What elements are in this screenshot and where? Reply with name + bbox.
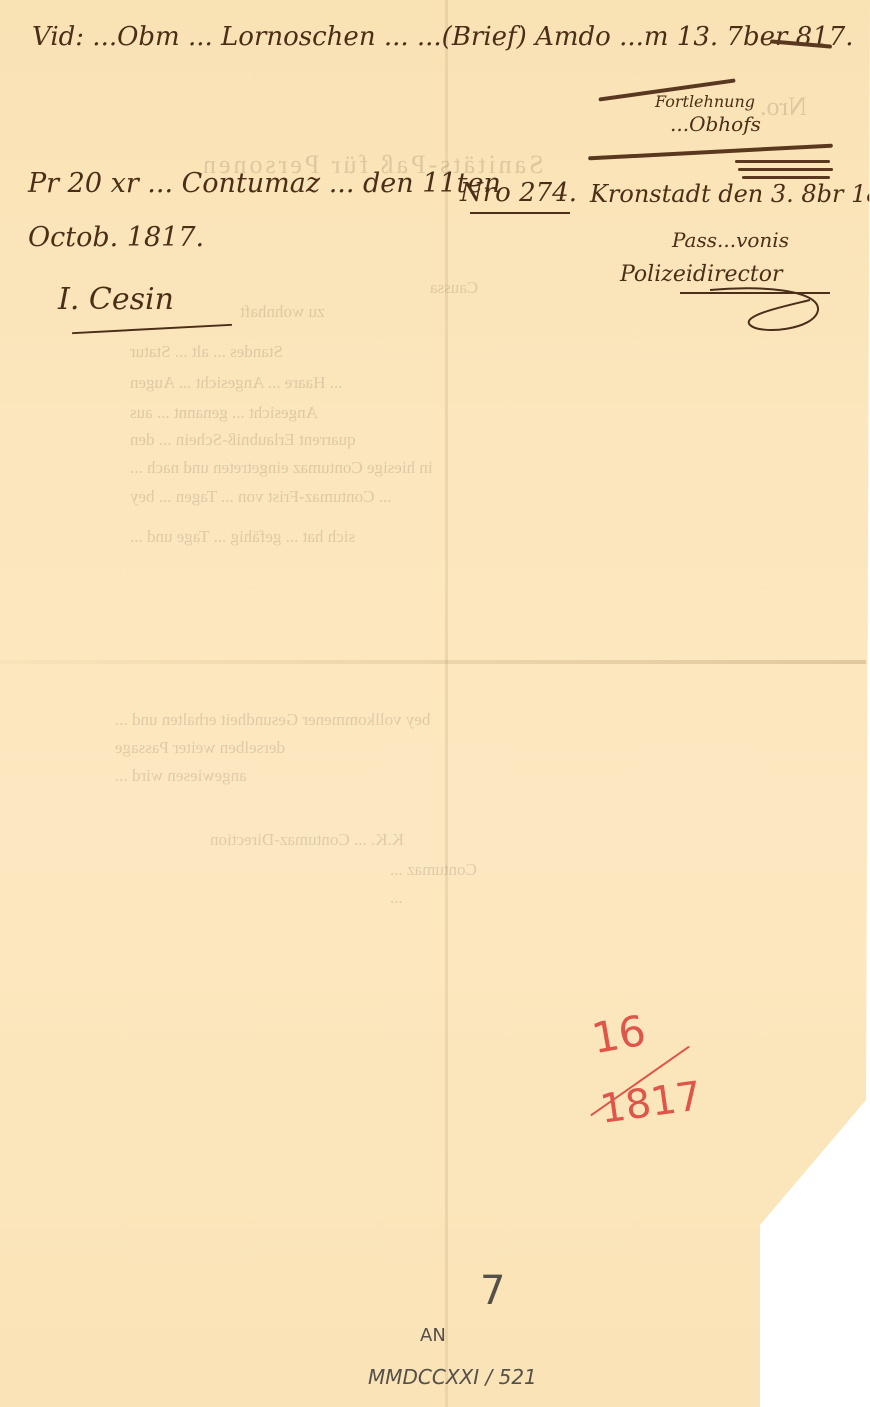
handwritten-top-line: Vid: ...Obm ... Lornoschen ... ...(Brief… <box>32 22 854 52</box>
vertical-fold-line <box>445 0 448 1407</box>
printed-line: ... <box>390 888 403 908</box>
printed-line: bey vollkommener Gesundheit erhalten und… <box>115 710 430 730</box>
printed-line: zu wohnhaft <box>240 302 325 322</box>
printed-line: ... Haare ... Angesicht ... Augen <box>130 373 342 393</box>
printed-line: quarrent Erlaubniß-Schein ... den <box>130 430 356 450</box>
handwritten-left-line-2: Octob. 1817. <box>28 222 204 253</box>
flourish-stroke <box>735 160 830 163</box>
number-underline <box>470 212 570 214</box>
red-annotation-denominator: 1817 <box>597 1073 704 1133</box>
flourish-stroke <box>742 176 830 179</box>
printed-line: Caussa <box>430 278 478 298</box>
top-right-signature: ...Obhofs <box>670 112 761 136</box>
printed-line: K.K. ... Contumaz-Direction <box>210 830 404 850</box>
archive-code: AN <box>420 1325 446 1346</box>
document-number: Nro 274. <box>460 178 577 208</box>
document-page: Sanitäts-Paß für Personen Nro. Caussa zu… <box>0 0 870 1407</box>
page-number: 7 <box>480 1268 505 1314</box>
signature-underline <box>72 324 232 334</box>
printed-line: in hiesige Contumaz eingetreten und nach… <box>130 458 433 478</box>
printed-line: Contumaz ... <box>390 860 477 880</box>
printed-line: Angesicht ... genannt ... aus <box>130 403 318 423</box>
printed-line: sich hat ... gefähig ... Tage und ... <box>130 527 355 547</box>
flourish-stroke <box>588 144 833 161</box>
printed-line: derselben weiter Passage <box>115 738 285 758</box>
printed-line: Standes ... alt ... Statur <box>130 342 283 362</box>
top-right-note: Fortlehnung <box>655 92 755 111</box>
printed-line: angewiesen wird ... <box>115 766 247 786</box>
signature-flourish-icon <box>700 280 830 340</box>
handwritten-right-line-2: Pass...vonis <box>672 228 789 252</box>
left-signature: I. Cesin <box>58 282 174 317</box>
horizontal-fold-line <box>0 660 866 664</box>
handwritten-left-line-1: Pr 20 xr ... Contumaz ... den 11ten <box>28 168 501 199</box>
red-annotation-numerator: 16 <box>588 1006 649 1064</box>
printed-line: ... Contumaz-Frist von ... Tagen ... bey <box>130 487 392 507</box>
flourish-stroke <box>738 168 833 171</box>
handwritten-right-line-1: Kronstadt den 3. 8br 1817. <box>590 180 870 208</box>
printed-no: Nro. <box>760 92 807 122</box>
archive-reference: MMDCCXXI / 521 <box>368 1365 537 1389</box>
